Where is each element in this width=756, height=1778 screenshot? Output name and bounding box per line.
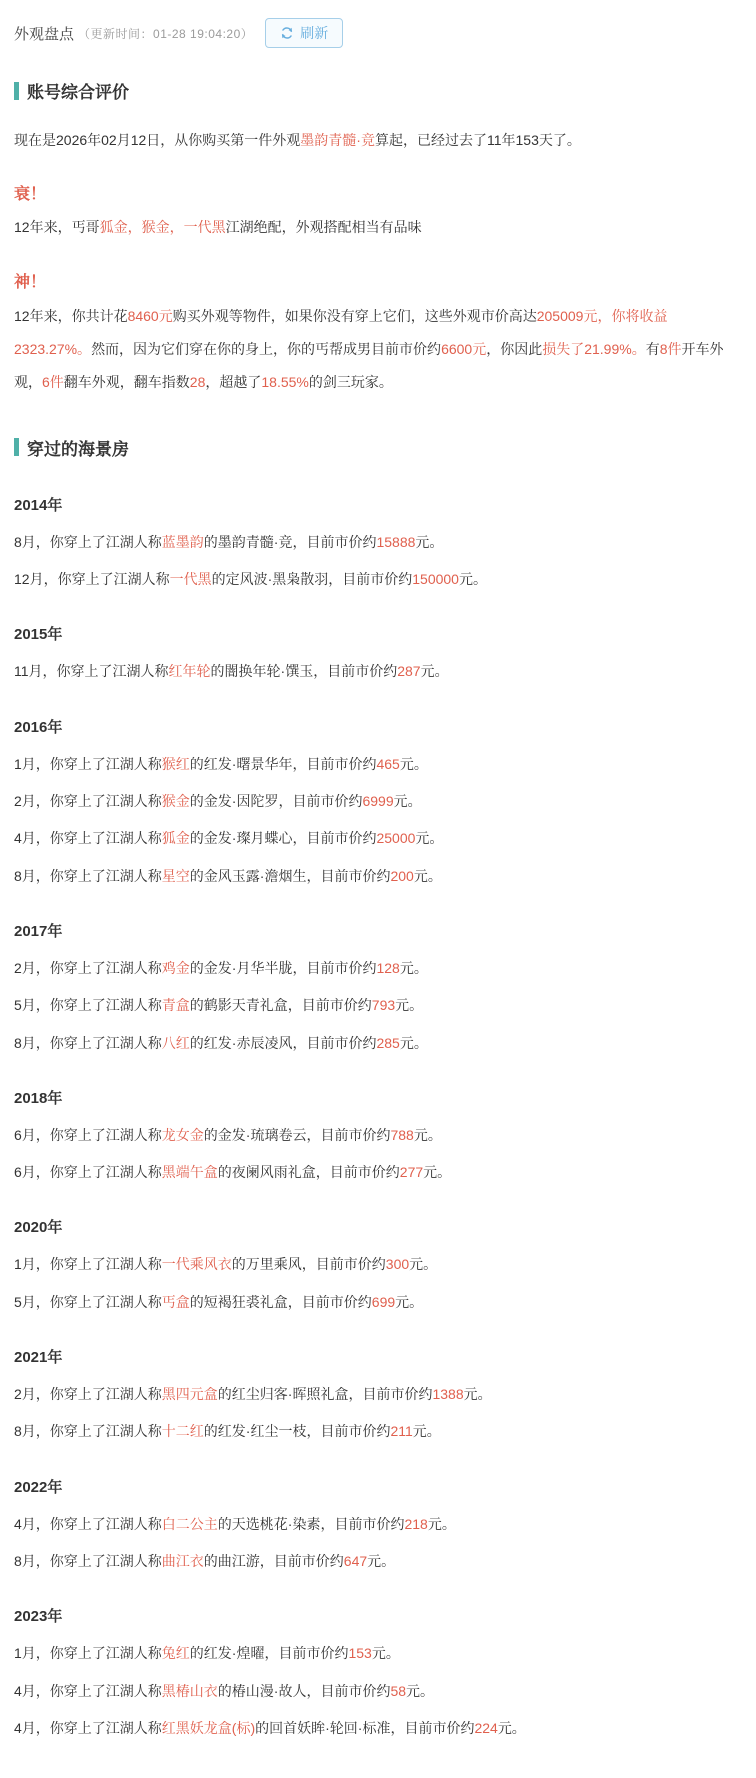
entry-text: 元。	[406, 1683, 434, 1699]
section-accent-bar	[14, 438, 19, 456]
item-nickname: 丐盒	[162, 1294, 190, 1310]
entry-text: 8月，你穿上了江湖人称	[14, 1553, 162, 1569]
titlebar: 外观盘点 （更新时间：01-28 19:04:20） 刷新	[14, 18, 742, 48]
item-price: 153	[348, 1645, 371, 1661]
item-nickname: 八红	[162, 1035, 190, 1051]
entry-text: 元。	[413, 1423, 441, 1439]
surpass-percent: 18.55%	[261, 374, 308, 390]
page-title: 外观盘点	[14, 23, 74, 44]
loss-percent: 损失了21.99%。	[542, 341, 645, 357]
entry-text: 2月，你穿上了江湖人称	[14, 960, 162, 976]
entry-text: 的万里乘风，目前市价约	[232, 1256, 386, 1272]
bad-text: 12年来，丐哥	[14, 219, 100, 235]
item-price: 699	[372, 1294, 395, 1310]
item-price: 647	[344, 1553, 367, 1569]
section-heading-history: 穿过的海景房	[14, 435, 742, 460]
entry-text: 11月，你穿上了江湖人称	[14, 663, 169, 679]
good-seg: 然而，因为它们穿在你的身上，你的丐帮成男目前市价约	[91, 341, 441, 357]
item-price: 58	[390, 1683, 406, 1699]
refresh-button-label: 刷新	[300, 23, 328, 43]
wear-entry: 12月，你穿上了江湖人称一代黑的定风波·黑枭散羽，目前市价约150000元。	[14, 569, 742, 589]
good-seg: 有	[646, 341, 660, 357]
entry-text: 1月，你穿上了江湖人称	[14, 1645, 162, 1661]
entry-text: 6月，你穿上了江湖人称	[14, 1127, 162, 1143]
section-accent-bar	[14, 82, 19, 100]
item-price: 224	[474, 1720, 497, 1736]
wear-entry: 6月，你穿上了江湖人称黑端午盒的夜阑风雨礼盒，目前市价约277元。	[14, 1162, 742, 1182]
entry-text: 的天选桃花·染素，目前市价约	[218, 1516, 405, 1532]
wear-entry: 4月，你穿上了江湖人称狐金的金发·璨月蝶心，目前市价约25000元。	[14, 828, 742, 848]
entry-text: 的闇换年轮·馔玉，目前市价约	[211, 663, 398, 679]
item-price: 15888	[376, 534, 415, 550]
intro-text-post: 算起，已经过去了11年153天了。	[375, 132, 581, 148]
wear-entry: 8月，你穿上了江湖人称八红的红发·赤辰凌风，目前市价约285元。	[14, 1033, 742, 1053]
entry-text: 4月，你穿上了江湖人称	[14, 1516, 162, 1532]
entry-text: 元。	[414, 868, 442, 884]
entry-text: 元。	[372, 1645, 400, 1661]
good-seg: ，超越了	[205, 374, 261, 390]
wear-entry: 11月，你穿上了江湖人称红年轮的闇换年轮·馔玉，目前市价约287元。	[14, 661, 742, 681]
entry-text: 元。	[400, 960, 428, 976]
entry-text: 的金风玉露·澹烟生，目前市价约	[190, 868, 391, 884]
section-title: 穿过的海景房	[27, 435, 129, 460]
first-item-name: 墨韵青髓·竞	[300, 132, 375, 148]
wear-entry: 2月，你穿上了江湖人称猴金的金发·因陀罗，目前市价约6999元。	[14, 791, 742, 811]
entry-text: 的红发·煌曜，目前市价约	[190, 1645, 349, 1661]
item-nickname: 黑四元盒	[162, 1386, 218, 1402]
item-price: 200	[390, 868, 413, 884]
item-price: 128	[376, 960, 399, 976]
good-seg: ，你因此	[486, 341, 542, 357]
entry-text: 元。	[400, 1035, 428, 1051]
entry-text: 2月，你穿上了江湖人称	[14, 793, 162, 809]
item-price: 1388	[432, 1386, 463, 1402]
bad-paragraph: 12年来，丐哥狐金，猴金，一代黑江湖绝配，外观搭配相当有品味	[14, 216, 742, 238]
entry-text: 元。	[415, 830, 443, 846]
entry-text: 的金发·琉璃卷云，目前市价约	[204, 1127, 391, 1143]
wear-entry: 1月，你穿上了江湖人称猴红的红发·曙景华年，目前市价约465元。	[14, 754, 742, 774]
item-price: 277	[400, 1164, 423, 1180]
year-heading: 2016年	[14, 716, 742, 737]
spent-amount: 8460元	[128, 308, 173, 324]
good-seg: 翻车外观，翻车指数	[64, 374, 190, 390]
entry-text: 元。	[394, 793, 422, 809]
item-nickname: 狐金	[162, 830, 190, 846]
item-price: 285	[376, 1035, 399, 1051]
fanche-index: 28	[190, 374, 206, 390]
char-market-price: 6600元	[441, 341, 486, 357]
wear-entry: 6月，你穿上了江湖人称龙女金的金发·琉璃卷云，目前市价约788元。	[14, 1125, 742, 1145]
year-heading: 2023年	[14, 1605, 742, 1626]
entry-text: 的金发·璨月蝶心，目前市价约	[190, 830, 377, 846]
wear-entry: 8月，你穿上了江湖人称十二红的红发·红尘一枝，目前市价约211元。	[14, 1421, 742, 1441]
wear-entry: 4月，你穿上了江湖人称白二公主的天选桃花·染素，目前市价约218元。	[14, 1514, 742, 1534]
good-seg: 的剑三玩家。	[309, 374, 393, 390]
bad-highlight: 狐金，猴金，一代黑	[100, 219, 226, 235]
wear-entry: 8月，你穿上了江湖人称星空的金风玉露·澹烟生，目前市价约200元。	[14, 866, 742, 886]
update-time-note: （更新时间：01-28 19:04:20）	[78, 25, 253, 42]
fanche-count: 6件	[42, 374, 64, 390]
entry-text: 2月，你穿上了江湖人称	[14, 1386, 162, 1402]
item-price: 6999	[362, 793, 393, 809]
item-nickname: 红黑妖龙盒(标)	[162, 1720, 255, 1736]
wear-entry: 8月，你穿上了江湖人称蓝墨韵的墨韵青髓·竞，目前市价约15888元。	[14, 532, 742, 552]
item-nickname: 鸡金	[162, 960, 190, 976]
year-heading: 2021年	[14, 1346, 742, 1367]
entry-text: 元。	[415, 534, 443, 550]
item-nickname: 星空	[162, 868, 190, 884]
entry-text: 元。	[395, 1294, 423, 1310]
year-heading: 2015年	[14, 623, 742, 644]
item-nickname: 猴红	[162, 756, 190, 772]
entry-text: 元。	[414, 1127, 442, 1143]
entry-text: 5月，你穿上了江湖人称	[14, 1294, 162, 1310]
entry-text: 的定风波·黑枭散羽，目前市价约	[212, 571, 413, 587]
item-nickname: 猴金	[162, 793, 190, 809]
wear-entry: 1月，你穿上了江湖人称兔红的红发·煌曜，目前市价约153元。	[14, 1643, 742, 1663]
item-nickname: 龙女金	[162, 1127, 204, 1143]
item-nickname: 十二红	[162, 1423, 204, 1439]
entry-text: 8月，你穿上了江湖人称	[14, 868, 162, 884]
entry-text: 1月，你穿上了江湖人称	[14, 1256, 162, 1272]
item-nickname: 一代乘风衣	[162, 1256, 232, 1272]
wear-entry: 5月，你穿上了江湖人称青盒的鹤影天青礼盒，目前市价约793元。	[14, 995, 742, 1015]
entry-text: 的红发·赤辰凌风，目前市价约	[190, 1035, 377, 1051]
wear-entry: 2月，你穿上了江湖人称鸡金的金发·月华半胧，目前市价约128元。	[14, 958, 742, 978]
year-heading: 2022年	[14, 1476, 742, 1497]
kaiche-count: 8件	[660, 341, 682, 357]
item-price: 150000	[412, 571, 459, 587]
wear-entry: 1月，你穿上了江湖人称一代乘风衣的万里乘风，目前市价约300元。	[14, 1254, 742, 1274]
year-heading: 2014年	[14, 494, 742, 515]
year-heading: 2018年	[14, 1087, 742, 1108]
year-heading: 2020年	[14, 1216, 742, 1237]
entry-text: 元。	[459, 571, 487, 587]
item-nickname: 蓝墨韵	[162, 534, 204, 550]
entry-text: 的墨韵青髓·竞，目前市价约	[204, 534, 377, 550]
refresh-button[interactable]: 刷新	[265, 18, 343, 48]
entry-text: 6月，你穿上了江湖人称	[14, 1164, 162, 1180]
entry-text: 的金发·因陀罗，目前市价约	[190, 793, 363, 809]
entry-text: 的红发·曙景华年，目前市价约	[190, 756, 377, 772]
item-nickname: 曲江衣	[162, 1553, 204, 1569]
entry-text: 8月，你穿上了江湖人称	[14, 1035, 162, 1051]
entry-text: 的鹤影天青礼盒，目前市价约	[190, 997, 372, 1013]
entry-text: 元。	[464, 1386, 492, 1402]
entry-text: 元。	[423, 1164, 451, 1180]
item-nickname: 黑端午盒	[162, 1164, 218, 1180]
bad-text-post: 江湖绝配，外观搭配相当有品味	[226, 219, 422, 235]
wear-entry: 4月，你穿上了江湖人称红黑妖龙盒(标)的回首妖眸·轮回·标准，目前市价约224元…	[14, 1718, 742, 1738]
refresh-icon	[280, 26, 294, 40]
entry-text: 5月，你穿上了江湖人称	[14, 997, 162, 1013]
wear-entry: 8月，你穿上了江湖人称曲江衣的曲江游，目前市价约647元。	[14, 1551, 742, 1571]
item-nickname: 一代黑	[170, 571, 212, 587]
item-nickname: 兔红	[162, 1645, 190, 1661]
year-heading: 2017年	[14, 920, 742, 941]
evaluation-intro: 现在是2026年02月12日，从你购买第一件外观墨韵青髓·竞算起，已经过去了11…	[14, 129, 742, 151]
entry-text: 的曲江游，目前市价约	[204, 1553, 344, 1569]
wear-entry: 2月，你穿上了江湖人称黑四元盒的红尘归客·晖照礼盒，目前市价约1388元。	[14, 1384, 742, 1404]
entry-text: 8月，你穿上了江湖人称	[14, 534, 162, 550]
good-seg: 12年来，你共计花	[14, 308, 128, 324]
entry-text: 的金发·月华半胧，目前市价约	[190, 960, 377, 976]
wear-entry: 5月，你穿上了江湖人称丐盒的短褐狂裘礼盒，目前市价约699元。	[14, 1292, 742, 1312]
entry-text: 元。	[400, 756, 428, 772]
item-nickname: 红年轮	[169, 663, 211, 679]
item-nickname: 白二公主	[162, 1516, 218, 1532]
entry-text: 的红发·红尘一枝，目前市价约	[204, 1423, 391, 1439]
bad-heading: 衰！	[14, 181, 742, 204]
good-heading: 神！	[14, 269, 742, 292]
section-heading-evaluation: 账号综合评价	[14, 78, 742, 103]
entry-text: 元。	[367, 1553, 395, 1569]
entry-text: 的回首妖眸·轮回·标准，目前市价约	[255, 1720, 474, 1736]
wear-entry: 4月，你穿上了江湖人称黑椿山衣的椿山漫·故人，目前市价约58元。	[14, 1681, 742, 1701]
entry-text: 1月，你穿上了江湖人称	[14, 756, 162, 772]
item-price: 300	[386, 1256, 409, 1272]
entry-text: 的红尘归客·晖照礼盒，目前市价约	[218, 1386, 433, 1402]
entry-text: 元。	[409, 1256, 437, 1272]
item-price: 218	[404, 1516, 427, 1532]
item-price: 793	[372, 997, 395, 1013]
entry-text: 12月，你穿上了江湖人称	[14, 571, 170, 587]
entry-text: 元。	[421, 663, 449, 679]
entry-text: 元。	[428, 1516, 456, 1532]
item-nickname: 青盒	[162, 997, 190, 1013]
entry-text: 元。	[395, 997, 423, 1013]
entry-text: 元。	[498, 1720, 526, 1736]
good-seg: 购买外观等物件，如果你没有穿上它们，这些外观市价高达	[173, 308, 537, 324]
entry-text: 4月，你穿上了江湖人称	[14, 1720, 162, 1736]
good-paragraph: 12年来，你共计花8460元购买外观等物件，如果你没有穿上它们，这些外观市价高达…	[14, 300, 742, 399]
entry-text: 的短褐狂裘礼盒，目前市价约	[190, 1294, 372, 1310]
item-nickname: 黑椿山衣	[162, 1683, 218, 1699]
entry-text: 的椿山漫·故人，目前市价约	[218, 1683, 391, 1699]
item-price: 25000	[376, 830, 415, 846]
entry-text: 4月，你穿上了江湖人称	[14, 830, 162, 846]
item-price: 211	[390, 1423, 412, 1439]
item-price: 788	[390, 1127, 413, 1143]
entry-text: 8月，你穿上了江湖人称	[14, 1423, 162, 1439]
intro-text: 现在是2026年02月12日，从你购买第一件外观	[14, 132, 300, 148]
entry-text: 4月，你穿上了江湖人称	[14, 1683, 162, 1699]
section-title: 账号综合评价	[27, 78, 129, 103]
page: 外观盘点 （更新时间：01-28 19:04:20） 刷新 账号综合评价 现在是…	[0, 0, 756, 1778]
entry-text: 的夜阑风雨礼盒，目前市价约	[218, 1164, 400, 1180]
item-price: 465	[376, 756, 399, 772]
item-price: 287	[397, 663, 420, 679]
